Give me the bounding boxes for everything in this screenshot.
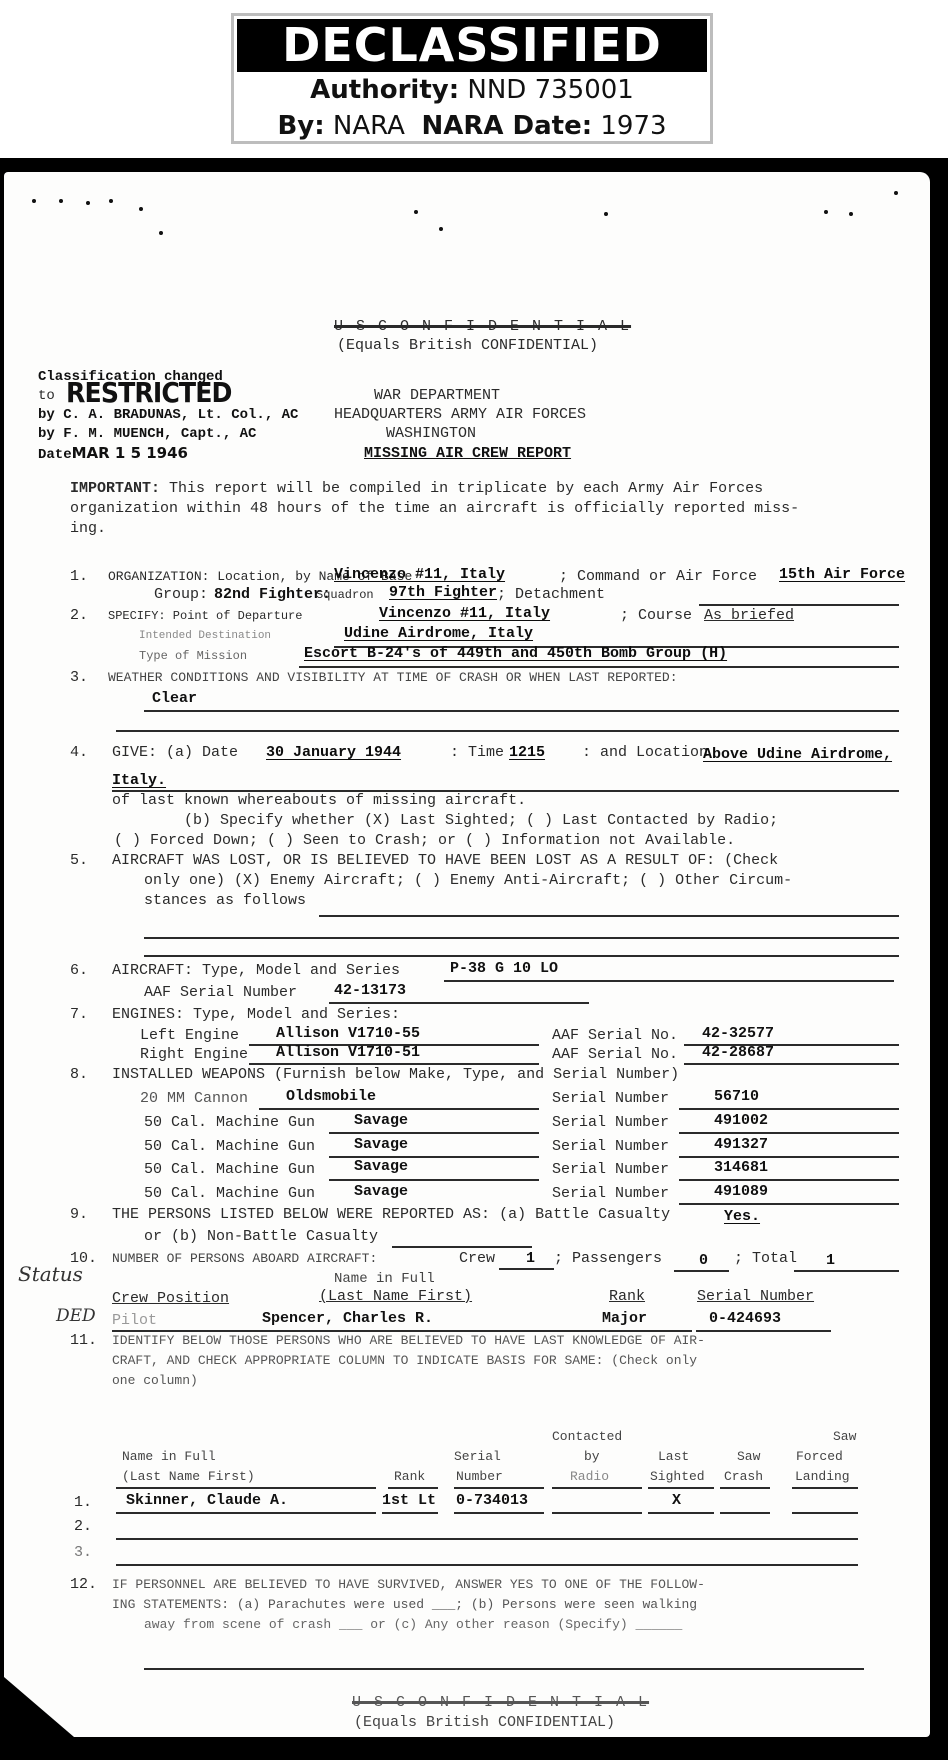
passengers-label: ; Passengers [554, 1250, 662, 1268]
weapon-serial-field[interactable]: 491327 [714, 1136, 768, 1154]
weapon-type: 20 MM Cannon [140, 1090, 248, 1108]
by-line: By: NARA NARA Date: 1973 [234, 108, 710, 144]
org-location-field[interactable]: Vincenzo #11, Italy [334, 566, 505, 584]
right-engine-underline [249, 1063, 539, 1065]
course-label: ; Course [620, 607, 692, 625]
right-engine-label: Right Engine [140, 1046, 248, 1064]
col-forced-1: Saw [833, 1428, 856, 1446]
loss-date-field[interactable]: 30 January 1944 [266, 744, 401, 762]
witness-num: 3. [74, 1544, 92, 1562]
left-engine-serial-field[interactable]: 42-32577 [702, 1025, 774, 1043]
crew-serial: 0-424693 [709, 1310, 781, 1328]
hq-city: WASHINGTON [386, 425, 476, 443]
weapon-serial-field[interactable]: 491002 [714, 1112, 768, 1130]
witness-row-rule [116, 1512, 376, 1514]
col-crash-1: Saw [737, 1448, 760, 1466]
by-label: By: [277, 111, 324, 141]
weapon-type: 50 Cal. Machine Gun [144, 1138, 315, 1156]
important-line1: IMPORTANT: This report will be compiled … [70, 480, 763, 498]
separator-line-2 [144, 955, 899, 957]
col-forced-2: Forced [796, 1448, 843, 1466]
page-corner [4, 1677, 74, 1737]
reclass-date-value: MAR 1 5 1946 [72, 444, 188, 462]
weapon-serial-field[interactable]: 314681 [714, 1159, 768, 1177]
item-10-num: 10. [70, 1250, 97, 1268]
weapon-make-field[interactable]: Oldsmobile [286, 1088, 376, 1106]
classification-footer-sub: (Equals British CONFIDENTIAL) [354, 1714, 615, 1732]
col-witness-name-1: Name in Full [122, 1448, 216, 1466]
col-name-top: Name in Full [334, 1270, 435, 1288]
authority-value: NND 735001 [467, 75, 633, 105]
col-radio-3: Radio [570, 1468, 609, 1486]
witness-rank: 1st Lt [382, 1492, 436, 1510]
crew-count-field[interactable]: 1 [526, 1250, 535, 1268]
departure-field[interactable]: Vincenzo #11, Italy [379, 605, 550, 623]
left-engine-serial-label: AAF Serial No. [552, 1027, 678, 1045]
witness-header-rule [792, 1487, 858, 1489]
specify-whether-line2: ( ) Forced Down; ( ) Seen to Crash; or (… [114, 832, 735, 850]
item-12-num: 12. [70, 1576, 97, 1594]
important-line2: organization within 48 hours of the time… [70, 500, 799, 518]
last-knowledge-line1: IDENTIFY BELOW THOSE PERSONS WHO ARE BEL… [112, 1332, 705, 1350]
weapons-label: INSTALLED WEAPONS (Furnish below Make, T… [112, 1066, 679, 1084]
weapon-serial-underline [679, 1108, 899, 1110]
survival-specify-field[interactable] [144, 1668, 864, 1670]
survival-line3: away from scene of crash ___ or (c) Any … [144, 1616, 682, 1634]
crew-position: Pilot [112, 1312, 157, 1330]
weapon-make-underline [329, 1132, 539, 1134]
weapon-serial-label: Serial Number [552, 1090, 669, 1108]
witness-header-rule [454, 1487, 544, 1489]
weapon-serial-underline [679, 1132, 899, 1134]
item-11-num: 11. [70, 1332, 97, 1350]
crew-status: DED [56, 1306, 96, 1326]
mission-field[interactable]: Escort B-24's of 449th and 450th Bomb Gr… [304, 645, 727, 663]
witness-row-field[interactable] [116, 1538, 858, 1540]
declassified-stamp: DECLASSIFIED Authority: NND 735001 By: N… [231, 13, 713, 144]
col-witness-name-2: (Last Name First) [122, 1468, 255, 1486]
weapon-make-field[interactable]: Savage [354, 1112, 408, 1130]
loss-time-field[interactable]: 1215 [509, 744, 545, 762]
weapon-type: 50 Cal. Machine Gun [144, 1114, 315, 1132]
by-value: NARA [333, 111, 405, 141]
reclass-date-label: Date [38, 447, 72, 463]
nara-date-label: NARA Date: [421, 111, 592, 141]
engines-label: ENGINES: Type, Model and Series: [112, 1006, 400, 1024]
time-label: : Time [450, 744, 504, 762]
aircraft-serial-label: AAF Serial Number [144, 984, 297, 1002]
survival-line1: IF PERSONNEL ARE BELIEVED TO HAVE SURVIV… [112, 1576, 705, 1594]
command-label: ; Command or Air Force [559, 568, 757, 586]
weather-label: WEATHER CONDITIONS AND VISIBILITY AT TIM… [108, 669, 678, 687]
weapon-serial-label: Serial Number [552, 1161, 669, 1179]
col-name: (Last Name First) [319, 1288, 472, 1306]
item-1-num: 1. [70, 568, 88, 586]
weapon-serial-field[interactable]: 491089 [714, 1183, 768, 1201]
witness-num: 1. [74, 1494, 92, 1512]
witness-header-rule [648, 1487, 714, 1489]
col-sighted-1: Last [658, 1448, 689, 1466]
witness-name: Skinner, Claude A. [126, 1492, 288, 1510]
weapon-serial-label: Serial Number [552, 1138, 669, 1156]
departure-label: SPECIFY: Point of Departure [108, 607, 302, 625]
witness-row-rule [382, 1512, 438, 1514]
col-radio-2: by [584, 1448, 600, 1466]
weapon-make-field[interactable]: Savage [354, 1136, 408, 1154]
passengers-underline [674, 1270, 729, 1272]
classification-header: U S C O N F I D E N T I A L [334, 318, 631, 336]
witness-row-rule [792, 1512, 858, 1514]
total-label: ; Total [734, 1250, 797, 1268]
reclass-by1: by C. A. BRADUNAS, Lt. Col., AC [38, 406, 298, 424]
aircraft-type-label: AIRCRAFT: Type, Model and Series [112, 962, 400, 980]
item-9-num: 9. [70, 1206, 88, 1224]
crew-serial-underline [696, 1330, 831, 1332]
squadron-label: Squadron [316, 586, 374, 604]
last-knowledge-line3: one column) [112, 1372, 198, 1390]
right-engine-serial-underline [684, 1063, 899, 1065]
witness-row-rule [648, 1512, 714, 1514]
mission-underline [299, 666, 899, 668]
weapon-serial-underline [679, 1203, 899, 1205]
witness-num: 2. [74, 1518, 92, 1536]
weapon-make-field[interactable]: Savage [354, 1183, 408, 1201]
whereabouts-text: of last known whereabouts of missing air… [112, 792, 526, 810]
right-engine-field[interactable]: Allison V1710-51 [276, 1044, 420, 1062]
col-serial-number: Serial Number [697, 1288, 814, 1306]
circumstances-field-2[interactable] [144, 937, 899, 939]
crew-label: Crew [459, 1250, 495, 1268]
persons-aboard-label: NUMBER OF PERSONS ABOARD AIRCRAFT: [112, 1250, 377, 1268]
declassified-title: DECLASSIFIED [237, 19, 707, 72]
classification-footer: U S C O N F I D E N T I A L [352, 1694, 649, 1712]
reclass-by2: by F. M. MUENCH, Capt., AC [38, 425, 256, 443]
detachment-label: ; Detachment [497, 586, 605, 604]
witness-row-rule [720, 1512, 770, 1514]
weapon-serial-underline [679, 1156, 899, 1158]
total-underline [794, 1270, 899, 1272]
loss-location-field[interactable]: Above Udine Airdrome, [703, 746, 892, 764]
item-8-num: 8. [70, 1066, 88, 1084]
nara-date-value: 1973 [600, 111, 666, 141]
classification-subheader: (Equals British CONFIDENTIAL) [337, 337, 598, 355]
survival-line2: ING STATEMENTS: (a) Parachutes were used… [112, 1596, 697, 1614]
item-7-num: 7. [70, 1006, 88, 1024]
authority-line: Authority: NND 735001 [234, 72, 710, 108]
weather-underline [144, 710, 899, 712]
report-title: MISSING AIR CREW REPORT [364, 445, 571, 463]
weapon-serial-label: Serial Number [552, 1114, 669, 1132]
scanned-document: U S C O N F I D E N T I A L (Equals Brit… [0, 158, 948, 1760]
command-field[interactable]: 15th Air Force [779, 566, 905, 584]
passengers-count-field[interactable]: 0 [699, 1252, 708, 1270]
crew-underline [499, 1268, 554, 1270]
witness-serial: 0-734013 [456, 1492, 528, 1510]
crew-name: Spencer, Charles R. [262, 1310, 433, 1328]
date-label: GIVE: (a) Date [112, 744, 238, 762]
weapon-make-underline [329, 1179, 539, 1181]
col-witness-serial-1: Serial [454, 1448, 501, 1466]
col-crash-2: Crash [724, 1468, 763, 1486]
witness-header-rule [720, 1487, 770, 1489]
loss-cause-line2: only one) (X) Enemy Aircraft; ( ) Enemy … [144, 872, 792, 890]
witness-header-rule [116, 1487, 376, 1489]
aircraft-serial-underline [329, 1002, 589, 1004]
item-2-num: 2. [70, 607, 88, 625]
left-engine-label: Left Engine [140, 1027, 239, 1045]
casualty-label: THE PERSONS LISTED BELOW WERE REPORTED A… [112, 1206, 670, 1224]
total-count-field[interactable]: 1 [826, 1252, 835, 1270]
location-label: : and Location [582, 744, 708, 762]
weapon-serial-label: Serial Number [552, 1185, 669, 1203]
non-battle-field[interactable] [392, 1246, 532, 1248]
weapon-serial-underline [679, 1179, 899, 1181]
witness-row-rule [454, 1512, 544, 1514]
restricted-stamp: RESTRICTED [66, 376, 232, 409]
squadron-field[interactable]: 97th Fighter [389, 584, 497, 602]
reclass-to-label: to [38, 387, 55, 405]
course-field[interactable]: As briefed [704, 607, 794, 625]
col-witness-serial-2: Number [456, 1468, 503, 1486]
loss-location-field-2[interactable]: Italy. [112, 772, 166, 790]
report-page: U S C O N F I D E N T I A L (Equals Brit… [4, 172, 930, 1737]
weapon-serial-field[interactable]: 56710 [714, 1088, 759, 1106]
col-radio-1: Contacted [552, 1428, 622, 1446]
right-engine-serial-label: AAF Serial No. [552, 1046, 678, 1064]
weather-field[interactable]: Clear [152, 690, 197, 708]
battle-casualty-field[interactable]: Yes. [724, 1208, 760, 1226]
weapon-make-underline [259, 1108, 539, 1110]
weapon-make-field[interactable]: Savage [354, 1158, 408, 1176]
separator-line [116, 730, 899, 732]
mission-label: Type of Mission [139, 647, 247, 665]
aircraft-model-field[interactable]: P-38 G 10 LO [450, 960, 558, 978]
reclass-date: DateMAR 1 5 1946 [38, 444, 188, 464]
witness-last-sighted-mark[interactable]: X [672, 1492, 681, 1510]
col-rank: Rank [609, 1288, 645, 1306]
col-witness-rank: Rank [394, 1468, 425, 1486]
col-crew-position: Crew Position [112, 1290, 229, 1308]
loss-cause-line3: stances as follows [144, 892, 306, 910]
important-label: IMPORTANT: [70, 480, 160, 497]
item-3-num: 3. [70, 669, 88, 687]
weapon-type: 50 Cal. Machine Gun [144, 1185, 315, 1203]
col-forced-3: Landing [795, 1468, 850, 1486]
aircraft-model-underline [444, 980, 894, 982]
group-field[interactable]: 82nd Fighter: [214, 586, 331, 604]
col-sighted-2: Sighted [650, 1468, 705, 1486]
specify-whether-line1: (b) Specify whether (X) Last Sighted; ( … [184, 812, 778, 830]
authority-label: Authority: [310, 75, 459, 105]
witness-header-rule [388, 1487, 438, 1489]
witness-row-rule [552, 1512, 642, 1514]
witness-row-field[interactable] [116, 1564, 858, 1566]
aircraft-serial-field[interactable]: 42-13173 [334, 982, 406, 1000]
circumstances-field[interactable] [319, 915, 899, 917]
destination-field[interactable]: Udine Airdrome, Italy [344, 625, 533, 643]
important-text1: This report will be compiled in triplica… [169, 480, 763, 497]
item-6-num: 6. [70, 962, 88, 980]
group-label: Group: [154, 586, 208, 604]
destination-label: Intended Destination [139, 627, 271, 645]
important-line3: ing. [70, 520, 106, 538]
non-battle-label: or (b) Non-Battle Casualty [144, 1228, 378, 1246]
last-knowledge-line2: CRAFT, AND CHECK APPROPRIATE COLUMN TO I… [112, 1352, 697, 1370]
item-4-num: 4. [70, 744, 88, 762]
hq-name: HEADQUARTERS ARMY AIR FORCES [334, 406, 586, 424]
item-5-num: 5. [70, 852, 88, 870]
witness-header-rule [552, 1487, 642, 1489]
detachment-field[interactable] [699, 604, 899, 606]
loss-cause-line1: AIRCRAFT WAS LOST, OR IS BELIEVED TO HAV… [112, 852, 778, 870]
right-engine-serial-field[interactable]: 42-28687 [702, 1044, 774, 1062]
dept-name: WAR DEPARTMENT [374, 387, 500, 405]
weapon-type: 50 Cal. Machine Gun [144, 1161, 315, 1179]
crew-rank: Major [602, 1310, 647, 1328]
left-engine-field[interactable]: Allison V1710-55 [276, 1025, 420, 1043]
